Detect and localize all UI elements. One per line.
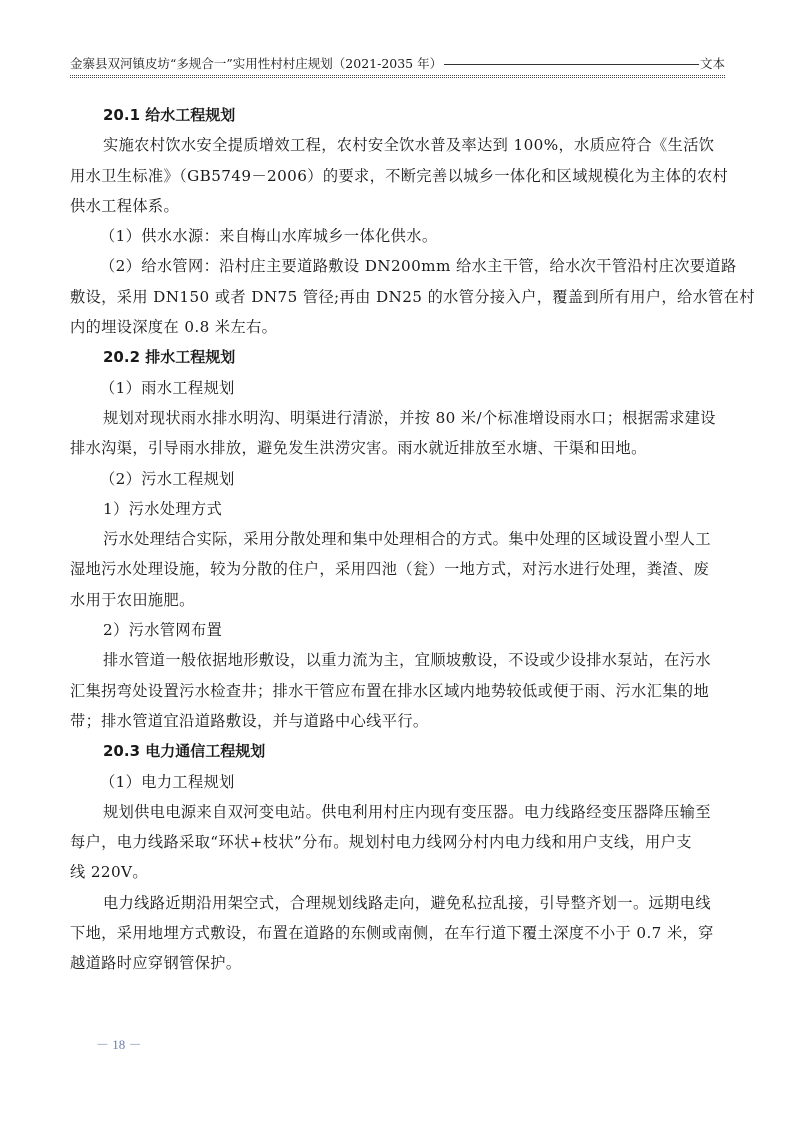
page-number: － 18 － xyxy=(96,1034,142,1053)
paragraph-line: 带；排水管道宜沿道路敷设，并与道路中心线平行。 xyxy=(70,706,725,736)
paragraph-line: 线 220V。 xyxy=(70,857,725,887)
paragraph-line: 排水沟渠，引导雨水排放，避免发生洪涝灾害。雨水就近排放至水塘、干渠和田地。 xyxy=(70,433,725,463)
section-heading-20-1: 20.1 给水工程规划 xyxy=(70,100,725,130)
paragraph-line: 每户，电力线路采取“环状+枝状”分布。规划村电力线网分村内电力线和用户支线，用户… xyxy=(70,827,725,857)
section-heading-20-2: 20.2 排水工程规划 xyxy=(70,342,725,372)
document-body: 20.1 给水工程规划 实施农村饮水安全提质增效工程，农村安全饮水普及率达到 1… xyxy=(70,100,725,979)
paragraph-line: 规划对现状雨水排水明沟、明渠进行清淤，并按 80 米/个标准增设雨水口；根据需求… xyxy=(70,403,725,433)
paragraph-line: 供水工程体系。 xyxy=(70,191,725,221)
paragraph-line: 实施农村饮水安全提质增效工程，农村安全饮水普及率达到 100%，水质应符合《生活… xyxy=(70,130,725,160)
document-type-tag: 文本 xyxy=(700,54,725,74)
paragraph-line: 规划供电电源来自双河变电站。供电利用村庄内现有变压器。电力线路经变压器降压输至 xyxy=(70,797,725,827)
subsection-title-power: （1）电力工程规划 xyxy=(70,767,725,797)
paragraph-line: 汇集拐弯处设置污水检查井；排水干管应布置在排水区域内地势较低或便于雨、污水汇集的… xyxy=(70,676,725,706)
paragraph-line: 越道路时应穿钢管保护。 xyxy=(70,948,725,978)
section-heading-20-3: 20.3 电力通信工程规划 xyxy=(70,736,725,766)
paragraph-line: 电力线路近期沿用架空式，合理规划线路走向，避免私拉乱接，引导整齐划一。远期电线 xyxy=(70,888,725,918)
subsection-title-sewage: （2）污水工程规划 xyxy=(70,464,725,494)
header-divider xyxy=(70,75,725,78)
paragraph-line: 污水处理结合实际，采用分散处理和集中处理相合的方式。集中处理的区域设置小型人工 xyxy=(70,524,725,554)
page-header: 金寨县双河镇皮坊“多规合一”实用性村村庄规划（2021-2035 年） 文本 xyxy=(70,54,725,74)
item-title-treatment: 1）污水处理方式 xyxy=(70,494,725,524)
document-title: 金寨县双河镇皮坊“多规合一”实用性村村庄规划（2021-2035 年） xyxy=(70,54,442,74)
paragraph-line: 排水管道一般依据地形敷设，以重力流为主，宜顺坡敷设，不设或少设排水泵站，在污水 xyxy=(70,645,725,675)
paragraph-line: 用水卫生标准》（GB5749－2006）的要求，不断完善以城乡一体化和区域规模化… xyxy=(70,161,725,191)
paragraph-line: 下地，采用地埋方式敷设，布置在道路的东侧或南侧，在车行道下覆土深度不小于 0.7… xyxy=(70,918,725,948)
subsection-title-rainwater: （1）雨水工程规划 xyxy=(70,373,725,403)
paragraph-line: 敷设，采用 DN150 或者 DN75 管径;再由 DN25 的水管分接入户，覆… xyxy=(70,282,725,312)
item-title-pipe-network: 2）污水管网布置 xyxy=(70,615,725,645)
paragraph-line: （2）给水管网：沿村庄主要道路敷设 DN200mm 给水主干管，给水次干管沿村庄… xyxy=(70,251,725,281)
paragraph-line: 内的埋设深度在 0.8 米左右。 xyxy=(70,312,725,342)
header-leader-line xyxy=(444,64,699,65)
water-source-item: （1）供水水源：来自梅山水库城乡一体化供水。 xyxy=(70,221,725,251)
paragraph-line: 水用于农田施肥。 xyxy=(70,585,725,615)
paragraph-line: 湿地污水处理设施，较为分散的住户，采用四池（瓮）一地方式，对污水进行处理，粪渣、… xyxy=(70,554,725,584)
